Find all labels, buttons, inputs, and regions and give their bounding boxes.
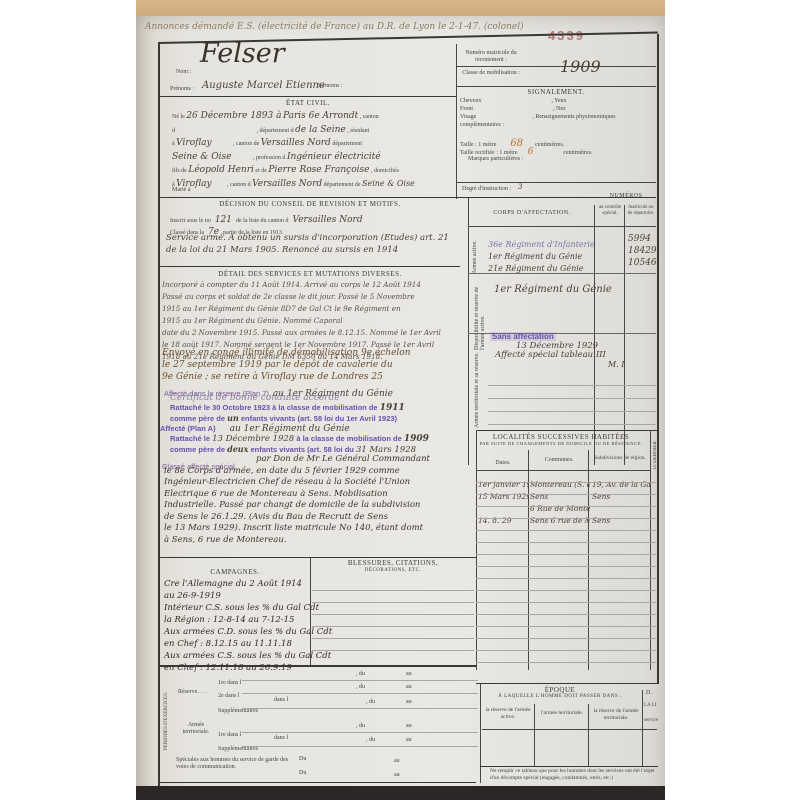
divider <box>476 683 658 684</box>
ruled-line <box>476 530 656 531</box>
binding-shadow <box>136 786 665 800</box>
au-2: au <box>394 772 400 778</box>
taille-rectifiee-value: 6 <box>528 147 534 157</box>
ruled-line <box>312 650 474 651</box>
ruled-line <box>242 746 478 747</box>
ruled-line <box>488 398 656 399</box>
rattache-1-text: Rattaché le 30 Octobre 1923 à la classe … <box>170 403 378 412</box>
matricule-label: Numéro matricule du recrutement : <box>461 50 521 64</box>
ruled-line <box>242 680 478 681</box>
divider <box>456 66 656 67</box>
a-label: à <box>172 141 175 147</box>
corps-matricule: 5994 <box>628 234 651 244</box>
corps-name: 21e Régiment du Génie <box>488 264 584 273</box>
mother-name: Pierre Rose Françoise <box>268 165 369 175</box>
dans-label: dans l <box>274 735 288 741</box>
du-label: , du <box>356 684 365 690</box>
departement2-value: Seine & Oise <box>172 152 231 162</box>
corps-row: 1er Régiment du Génie18429 <box>488 246 658 258</box>
ruled-line <box>242 708 478 709</box>
epoque-col-reserve-active: la réserve de l'armée active. <box>482 707 534 721</box>
periode-row: 1re dans l, duau <box>218 671 478 683</box>
rattache-2-enfants-count: deux <box>227 444 248 454</box>
au-1: au <box>394 758 400 764</box>
complementaires-label: complémentaires : <box>460 122 656 138</box>
affecte-special-tableau: Affecté spécial tableau III <box>495 350 606 360</box>
disponibilite-label: Disponibilité et réserve de l'armée acti… <box>474 282 486 350</box>
epoque-col4-sub: LA LI <box>644 703 656 708</box>
speciales-label: Spéciales aux hommes du service de garde… <box>176 757 296 771</box>
frame-right <box>657 34 659 684</box>
corps-matricule: 18429 <box>628 246 657 256</box>
surname-value: Felser <box>200 38 285 69</box>
localites-title: LOCALITÉS SUCCESSIVES HABITÉES <box>476 433 646 441</box>
divider <box>160 266 460 267</box>
liste-value: Versailles Nord <box>293 215 363 225</box>
divider <box>160 96 456 97</box>
affecte-special-line: Electrique 6 rue de Montereau à Sens. Mo… <box>164 489 474 501</box>
corps-row: 21e Régiment du Génie10546 <box>488 258 658 270</box>
canton-value: Versailles Nord <box>261 138 331 148</box>
controle-label: au contrôle spécial. <box>596 205 624 217</box>
surname-label: Nom : <box>176 69 191 75</box>
campagne-line: Intérieur C.S. sous les % du Gal Cdt <box>164 602 314 614</box>
rattache-2-date: 13 Décembre 1928 <box>212 434 294 444</box>
du-1: Du <box>299 756 306 762</box>
divider <box>480 766 658 767</box>
divider <box>160 665 476 667</box>
service-line: 1915 au 1er Régiment du Génie. Nommé Cap… <box>162 315 467 327</box>
epoque-col4-text: service <box>644 718 658 723</box>
ruled-line <box>476 602 656 603</box>
affecte-special-line: à Sens, 6 rue de Montereau. <box>164 535 474 547</box>
frame-left <box>158 42 160 786</box>
corps-affectation-label: CORPS D'AFFECTATION. <box>470 210 594 216</box>
registration-number: 4339 <box>548 28 585 43</box>
localites-rows: 1er janvier 1929Montereau (S. et M.)19, … <box>478 480 650 528</box>
rattache-1-classe: 1911 <box>380 403 405 413</box>
cheveux-label: Cheveux <box>460 98 481 104</box>
ruled-line <box>476 614 656 615</box>
affecte-special-line: Ingénieur-Electricien Chef de réseau à l… <box>164 477 474 489</box>
col-subdivisions: Subdivisions de région. <box>590 455 650 461</box>
canton-label: , canton <box>360 114 379 120</box>
etat-civil-title: ÉTAT CIVIL. <box>160 99 456 107</box>
services-title: DÉTAIL DES SERVICES ET MUTATIONS DIVERSE… <box>160 270 460 278</box>
divider <box>456 86 656 87</box>
ruled-line <box>476 590 656 591</box>
du-label: , du <box>356 671 365 677</box>
departement-value: de la Seine <box>295 125 346 135</box>
affecte-special-line: le 8e Corps d'armée, en date du 5 févrie… <box>164 466 474 478</box>
epoque-col-divider-2 <box>588 704 589 766</box>
armee-active-label: Armée active. <box>472 234 478 274</box>
marie-label: Marié à <box>172 187 191 193</box>
first-names-label: Prénoms : <box>170 86 194 92</box>
periode-row: 1re dans l, duau <box>218 723 478 735</box>
ruled-line <box>476 482 656 483</box>
blessures-title: BLESSURES, CITATIONS, <box>310 559 476 567</box>
periode-row: Supplémentairesdans l, duau <box>218 737 478 749</box>
ruled-line <box>476 566 656 567</box>
rattache-2-classe: 1909 <box>404 434 429 444</box>
periode-row: Supplémentairesdans l, duau <box>218 699 478 711</box>
rattache-2-suffix: à la classe de mobilisation de <box>296 434 401 443</box>
decision-title: DÉCISION DU CONSEIL DE REVISION ET MOTIF… <box>160 200 460 208</box>
territoriale-label: Armée territoriale et sa réserve. <box>474 352 480 428</box>
epoque-subtitle: À LAQUELLE L'HOMME DOIT PASSER DANS : <box>480 694 640 699</box>
epoque-col4-head: D. <box>646 690 652 696</box>
ruled-line <box>476 494 656 495</box>
classe-label: Classe de mobilisation : <box>461 70 521 77</box>
du-label: , du <box>366 737 375 743</box>
campagne-line: Aux armées C.S. sous les % du Gal Cdt <box>164 650 314 662</box>
ruled-line <box>312 602 474 603</box>
epoque-col-territoriale: l'armée territoriale. <box>536 710 588 717</box>
ruled-line <box>476 554 656 555</box>
rattache-2-prefix: Rattaché le <box>170 434 210 443</box>
ruled-line <box>476 578 656 579</box>
ruled-line <box>242 693 478 694</box>
demobilisation-line: 9e Génie ; se retire à Viroflay rue de L… <box>162 371 467 383</box>
reserve-label: Réserve. . . . <box>178 689 208 695</box>
ruled-line <box>488 424 656 425</box>
dans-label: dans l <box>274 697 288 703</box>
au-label: au <box>406 684 412 690</box>
ruled-line <box>488 411 656 412</box>
campagne-line: Cre l'Allemagne du 2 Août 1914 <box>164 578 314 590</box>
ruled-line <box>476 506 656 507</box>
divider <box>468 226 656 227</box>
divider <box>468 273 656 274</box>
fils-label: fils de <box>172 168 187 174</box>
sans-affectation-stamp: Sans affectation <box>490 332 556 341</box>
yeux-label: , Yeux <box>551 98 566 104</box>
affecte-plan-a-value: au 1er Régiment du Génie <box>230 424 350 434</box>
service-line: date du 2 Novembre 1915. Passé aux armée… <box>162 327 467 339</box>
divider <box>160 782 476 783</box>
du-2: Du <box>299 770 306 776</box>
epoque-title: ÉPOQUE <box>480 686 640 694</box>
ruled-line <box>476 542 656 543</box>
certificat-bonne-conduite: Certificat de bonne conduite accordé <box>170 393 340 403</box>
epoque-col-divider <box>534 704 535 766</box>
demobilisation-line: Envoyé en congé illimité de démobilisati… <box>162 347 467 359</box>
localites-col-divider-3 <box>650 430 651 670</box>
matricule-repertoire-label: matricule ou de répertoire. <box>626 205 656 217</box>
epoque-footer-note: Ne remplir ce tableau que pour les homme… <box>490 768 660 782</box>
nez-label: , Nez <box>553 106 566 112</box>
birth-date: 26 Décembre 1893 à <box>186 111 281 121</box>
campagne-line: au 26-9-1919 <box>164 590 314 602</box>
campagne-line: Aux armées C.D. sous les % du Gal Cdt <box>164 626 314 638</box>
periodes-side-label: PÉRIODES D'EXERCICES. <box>164 680 169 750</box>
corps-row: 36e Régiment d'Infanterie5994 <box>488 234 658 246</box>
instruction-value: 3 <box>518 183 522 191</box>
armee-territoriale-label: Armée territoriale. <box>176 722 216 736</box>
rattache-1-enfants-count: un <box>227 413 239 423</box>
canton-parents-value: Versailles Nord <box>252 179 322 189</box>
ruled-line <box>476 638 656 639</box>
divider <box>476 470 650 471</box>
ruled-line <box>488 385 656 386</box>
divider <box>160 557 476 558</box>
col-communes: Communes. <box>530 457 588 463</box>
epoque-col-divider-3 <box>642 690 643 766</box>
affecte-plan-a-label: Affecté (Plan A) <box>160 424 216 433</box>
father-name: Léopold Henri <box>188 165 254 175</box>
affecte-special-line: de Sens le 26.1.29. (Avis du Bau de Recr… <box>164 512 474 524</box>
service-line: Incorporé à compter du 11 Août 1914. Arr… <box>162 279 467 291</box>
ruled-line <box>476 662 656 663</box>
decision-text: Service armé. A obtenu un sursis d'incor… <box>166 232 460 256</box>
d-label: d <box>172 128 175 134</box>
top-annotation: Annonces démandé E.S. (électricité de Fr… <box>145 22 665 32</box>
front-label: Front <box>460 106 473 112</box>
departement-label: , département d <box>257 128 294 134</box>
service-line: Passé au corps et soldat de 2e classe le… <box>162 291 467 303</box>
born-label: Né le <box>172 114 185 120</box>
col-dates: Dates. <box>478 460 528 466</box>
campagne-line: la Région : 12-8-14 au 7-12-15 <box>164 614 314 626</box>
ruled-line <box>476 626 656 627</box>
first-names-value: Auguste Marcel Etienne <box>202 80 325 91</box>
birthplace: Paris 6e Arrondt <box>283 111 358 121</box>
ruled-line <box>476 650 656 651</box>
residence-value: Viroflay <box>176 138 211 148</box>
corps-rows: 36e Régiment d'Infanterie59941er Régimen… <box>488 234 658 270</box>
campagne-line: en Chef : 8.12.15 au 11.11.18 <box>164 638 314 650</box>
ruled-line <box>476 518 656 519</box>
localites-border-left <box>476 430 477 670</box>
renseignements-label: , Renseignements physionomiques <box>532 114 615 120</box>
profession-label: , profession d <box>253 155 286 161</box>
corps-matricule: 10546 <box>628 258 657 268</box>
numeros-label: NUMÉROS <box>596 193 656 199</box>
nicknames-label: Surnoms : <box>318 83 343 89</box>
departement-parents-value: Seine & Oise <box>362 179 415 188</box>
au-label: au <box>406 723 412 729</box>
blessures-subtitle: DÉCORATIONS, ETC. <box>310 568 476 573</box>
ruled-line <box>312 626 474 627</box>
affecte-special-code: M. I <box>608 360 624 369</box>
campagnes-title: CAMPAGNES. <box>160 568 310 576</box>
visage-label: Visage <box>460 114 476 120</box>
affecte-special-line: par Don de Mr Le Général Commandant <box>256 454 474 466</box>
periode-row: 2e dans l, duau <box>218 684 478 696</box>
canton-parents-label: , canton d <box>227 182 251 188</box>
ruled-line <box>312 614 474 615</box>
affecte-special-lines: par Don de Mr Le Général Commandantle 8e… <box>164 454 474 546</box>
divider <box>456 182 656 183</box>
rattache-1-enfants-label: enfants vivants (art. 58 loi du 1er Avri… <box>241 414 397 423</box>
rattache-2-enfants-label: enfants vivants (art. 58 loi du <box>251 445 354 454</box>
au-label: au <box>406 699 412 705</box>
ruled-line <box>312 590 474 591</box>
divider <box>482 729 657 730</box>
campagnes-lines: Cre l'Allemagne du 2 Août 1914au 26-9-19… <box>164 578 314 674</box>
marques-label: Marques particulières : <box>468 156 656 165</box>
classe-value: 1909 <box>560 57 601 76</box>
departement-parents-label: département de <box>324 182 361 188</box>
epoque-col-reserve-territoriale: la réserve de l'armée territoriale. <box>590 708 642 722</box>
residant-label: , résidant <box>347 128 369 134</box>
ruled-line <box>312 638 474 639</box>
rattache-1-pere-label: comme père de <box>170 414 225 423</box>
services-column-divider <box>468 197 469 465</box>
profession-value: Ingénieur électricité <box>287 152 381 162</box>
centimetres-label-2: centimètres. <box>563 150 592 156</box>
rattache-2-pere-label: comme père de <box>170 445 225 454</box>
domicilies-label: , domiciliés <box>371 168 399 174</box>
instruction-label: Degré d'instruction : <box>462 186 511 192</box>
divider <box>160 197 656 198</box>
et-de-label: et de <box>255 168 267 174</box>
au-label: au <box>406 671 412 677</box>
ruled-line <box>242 732 478 733</box>
service-line: 1915 au 1er Régiment du Génie 8D7 de Gal… <box>162 303 467 315</box>
demobilisation-lines: Envoyé en congé illimité de démobilisati… <box>162 347 467 383</box>
du-label: , du <box>366 699 375 705</box>
au-label: au <box>406 737 412 743</box>
demobilisation-line: le 27 septembre 1919 par le dépôt de cav… <box>162 359 467 371</box>
signalement-title: SIGNALEMENT. <box>456 88 656 96</box>
localites-subtitle: PAR SUITE DE CHANGEMENTS DE DOMICILE OU … <box>476 441 646 446</box>
affecte-special-line: Industrielle. Passé par changt de domici… <box>164 500 474 512</box>
affecte-special-line: le 13 Mars 1929). Inscrit liste matricul… <box>164 523 474 535</box>
canton-de-label: , canton de <box>233 141 259 147</box>
du-label: , du <box>356 723 365 729</box>
reserve-corps-value: 1er Régiment du Génie <box>494 284 612 295</box>
departement2-label: département <box>332 141 362 147</box>
divider <box>476 430 658 431</box>
col-d-dernier: D. DERNIER <box>653 433 658 469</box>
